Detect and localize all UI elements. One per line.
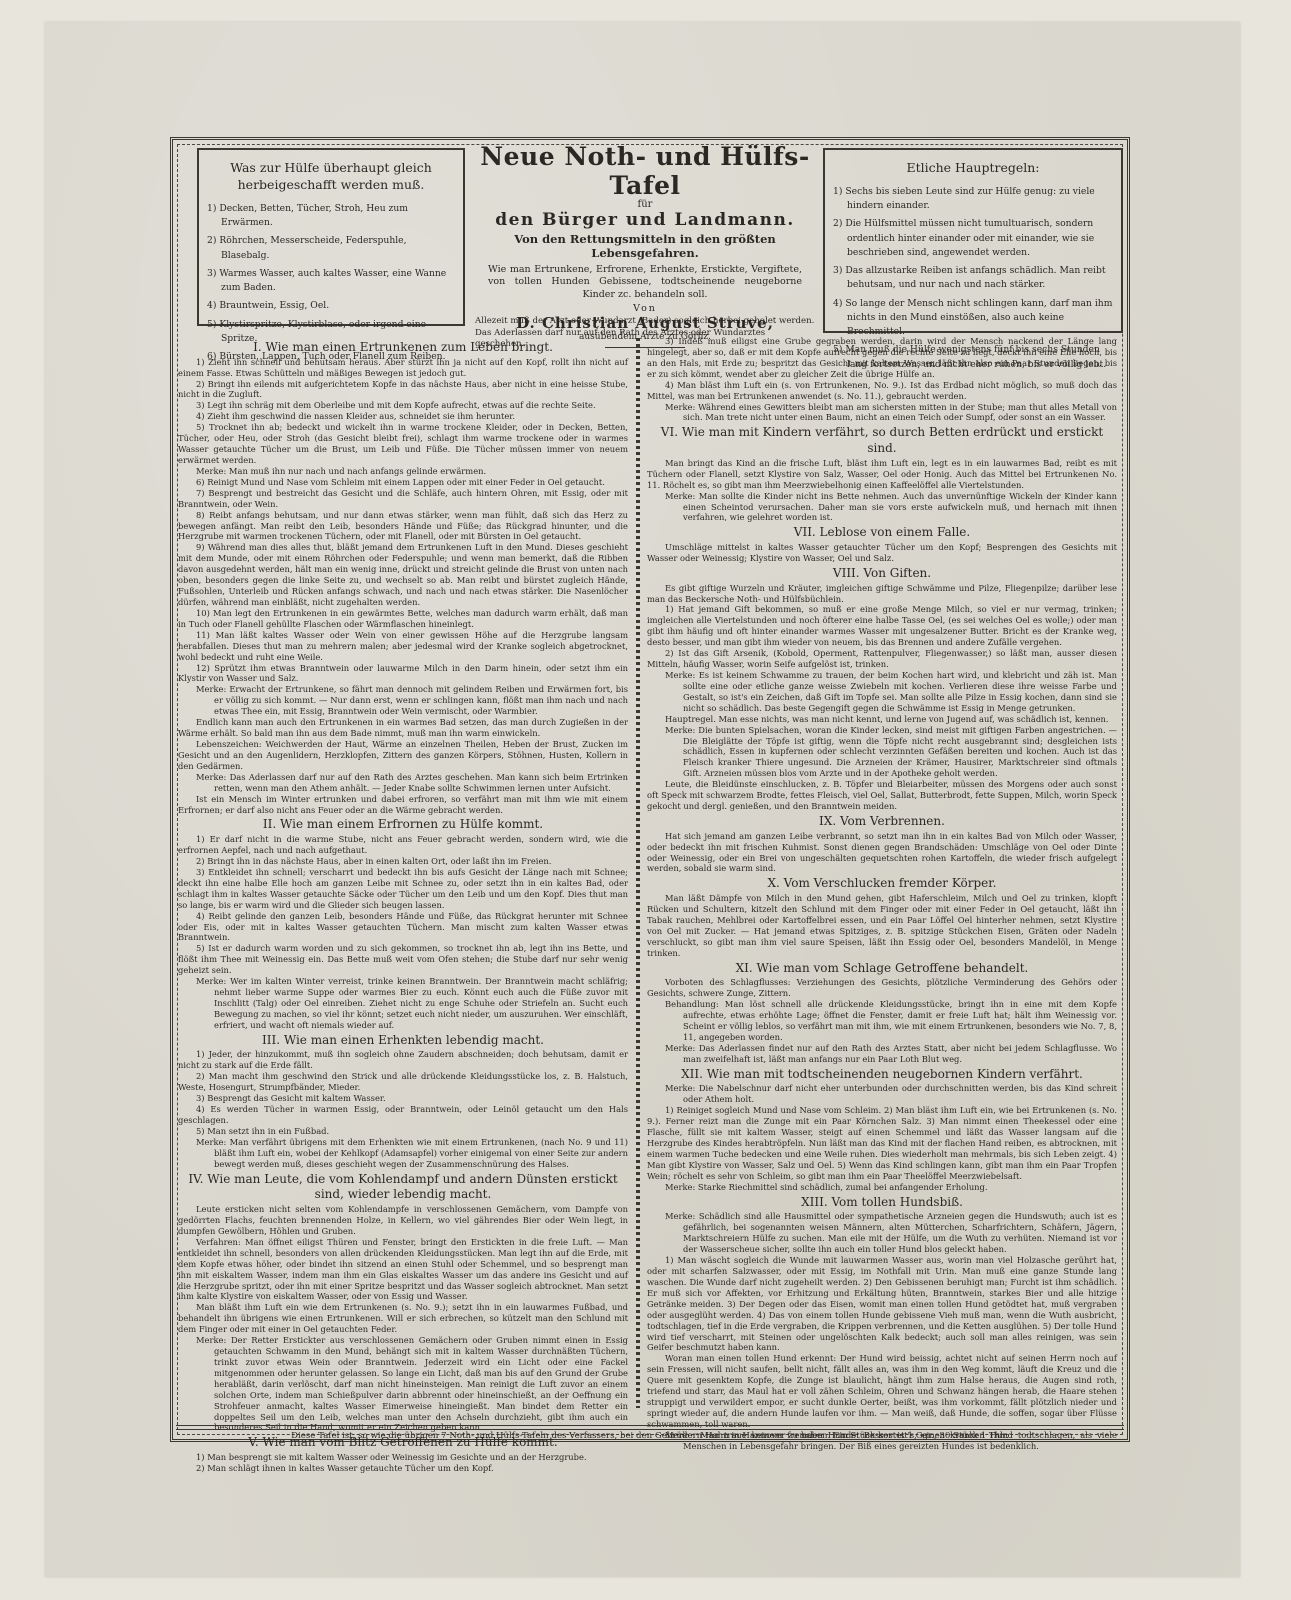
- paragraph: Ist ein Mensch im Winter ertrunken und d…: [178, 794, 628, 816]
- note-paragraph: Merke: Die bunten Spielsachen, woran die…: [647, 725, 1117, 780]
- list-item: 4) So lange der Mensch nicht schlingen k…: [833, 297, 1113, 340]
- right-column: 3) Indeß muß eiligst eine Grube gegraben…: [647, 336, 1117, 1452]
- section-heading: VIII. Von Giften.: [647, 566, 1117, 582]
- paragraph: 2) Ist das Gift Arsenik, (Kobold, Operme…: [647, 648, 1117, 670]
- supplies-title: Was zur Hülfe überhaupt gleich herbeiges…: [207, 160, 455, 194]
- section-heading: XI. Wie man vom Schlage Getroffene behan…: [647, 961, 1117, 977]
- note-paragraph: Merke: Erwacht der Ertrunkene, so fährt …: [178, 684, 628, 717]
- section-heading: II. Wie man einem Erfrornen zu Hülfe kom…: [178, 817, 628, 833]
- paragraph: 4) Zieht ihm geschwind die nassen Kleide…: [178, 411, 628, 422]
- paragraph: Endlich kann man auch den Ertrunkenen in…: [178, 717, 628, 739]
- section-heading: XII. Wie man mit todtscheinenden neugebo…: [647, 1067, 1117, 1083]
- paragraph: 1) Er darf nicht in die warme Stube, nic…: [178, 834, 628, 856]
- note-paragraph: Merke: Man verfährt übrigens mit dem Erh…: [178, 1137, 628, 1170]
- scope-text: Wie man Ertrunkene, Erfrorene, Erhenkte,…: [488, 264, 802, 301]
- section-heading: VII. Leblose von einem Falle.: [647, 525, 1117, 541]
- paragraph: Verfahren: Man öffnet eiligst Thüren und…: [178, 1237, 628, 1303]
- paragraph: 12) Sprützt ihm etwas Branntwein oder la…: [178, 663, 628, 685]
- paragraph: 5) Ist er dadurch warm worden und zu sic…: [178, 943, 628, 976]
- paragraph: Man läßt Dämpfe von Milch in den Mund ge…: [647, 893, 1117, 959]
- paragraph: 8) Reibt anfangs behutsam, und nur dann …: [178, 510, 628, 543]
- list-item: 2) Röhrchen, Messerscheide, Federspuhle,…: [207, 234, 455, 263]
- paragraph: 5) Trocknet ihn ab; bedeckt und wickelt …: [178, 422, 628, 466]
- paragraph: Umschläge mittelst in kaltes Wasser geta…: [647, 542, 1117, 564]
- main-rules-title: Etliche Hauptregeln:: [833, 160, 1113, 177]
- paragraph: 4) Es werden Tücher in warmen Essig, ode…: [178, 1104, 628, 1126]
- note-paragraph: Merke: Der Retter Erstickter aus verschl…: [178, 1335, 628, 1433]
- section-heading: X. Vom Verschlucken fremder Körper.: [647, 876, 1117, 892]
- paragraph: 2) Man macht ihm geschwind den Strick un…: [178, 1071, 628, 1093]
- paragraph: Leute ersticken nicht selten vom Kohlend…: [178, 1204, 628, 1237]
- list-item: 2) Die Hülfsmittel müssen nicht tumultua…: [833, 217, 1113, 260]
- section-heading: VI. Wie man mit Kindern verfährt, so dur…: [647, 425, 1117, 456]
- paragraph: 10) Man legt den Ertrunkenen in ein gewä…: [178, 608, 628, 630]
- section-heading: I. Wie man einen Ertrunkenen zum Leben b…: [178, 340, 628, 356]
- note-paragraph: Merke: Man sollte die Kinder nicht ins B…: [647, 491, 1117, 524]
- paragraph: 3) Legt ihn schräg mit dem Oberleibe und…: [178, 400, 628, 411]
- paragraph: Man bringt das Kind an die frische Luft,…: [647, 458, 1117, 491]
- list-item: 1) Decken, Betten, Tücher, Stroh, Heu zu…: [207, 202, 455, 231]
- column-divider: [636, 338, 640, 1408]
- paragraph: Hauptregel. Man esse nichts, was man nic…: [647, 714, 1117, 725]
- note-paragraph: Merke: Starke Riechmittel sind schädlich…: [647, 1182, 1117, 1193]
- subtitle: den Bürger und Landmann.: [470, 210, 820, 230]
- paragraph: 1) Zieht ihn schnell und behutsam heraus…: [178, 357, 628, 379]
- paragraph: 1) Reiniget sogleich Mund und Nase vom S…: [647, 1105, 1117, 1181]
- paragraph: 1) Man besprengt sie mit kaltem Wasser o…: [178, 1452, 628, 1463]
- section-heading: XIII. Vom tollen Hundsbiß.: [647, 1195, 1117, 1211]
- note-paragraph: Merke: Das Aderlassen darf nur auf den R…: [178, 772, 628, 794]
- paragraph: 1) Hat jemand Gift bekommen, so muß er e…: [647, 604, 1117, 648]
- paragraph: 2) Bringt ihn in das nächste Haus, aber …: [178, 856, 628, 867]
- paragraph: 1) Man wäscht sogleich die Wunde mit lau…: [647, 1255, 1117, 1353]
- paragraph: 4) Man bläst ihm Luft ein (s. von Ertrun…: [647, 380, 1117, 402]
- note-paragraph: Merke: Die Nabelschnur darf nicht eher u…: [647, 1083, 1117, 1105]
- note-paragraph: Merke: Wer im kalten Winter verreist, tr…: [178, 976, 628, 1031]
- left-column: I. Wie man einen Ertrunkenen zum Leben b…: [178, 338, 628, 1474]
- paragraph: Lebenszeichen: Weichwerden der Haut, Wär…: [178, 739, 628, 772]
- bottom-rule: [176, 1425, 1124, 1430]
- main-rules-box: Etliche Hauptregeln: 1) Sechs bis sieben…: [823, 148, 1123, 333]
- description: Von den Rettungsmitteln in den größten L…: [470, 232, 820, 260]
- paragraph: Hat sich jemand am ganzen Leibe verbrann…: [647, 831, 1117, 875]
- publisher-footer: Diese Tafel ist, so wie die übrigen 7 No…: [176, 1431, 1124, 1441]
- note-paragraph: Merke: Schädlich sind alle Hausmittel od…: [647, 1211, 1117, 1255]
- paragraph: 9) Während man dies alles thut, bläßt je…: [178, 542, 628, 608]
- paragraph: Es gibt giftige Wurzeln und Kräuter, img…: [647, 583, 1117, 605]
- paragraph: 1) Jeder, der hinzukommt, muß ihn soglei…: [178, 1049, 628, 1071]
- list-item: 1) Sechs bis sieben Leute sind zur Hülfe…: [833, 185, 1113, 214]
- note-paragraph: Merke: Es ist keinem Schwamme zu trauen,…: [647, 670, 1117, 714]
- note-paragraph: Merke: Man muß ihn nur nach und nach anf…: [178, 466, 628, 477]
- paragraph: 4) Reibt gelinde den ganzen Leib, besond…: [178, 911, 628, 944]
- paragraph: 2) Man schlägt ihnen in kaltes Wasser ge…: [178, 1463, 628, 1474]
- paragraph: Man bläßt ihm Luft ein wie dem Ertrunken…: [178, 1302, 628, 1335]
- paragraph: 3) Besprengt das Gesicht mit kaltem Wass…: [178, 1093, 628, 1104]
- paragraph: 11) Man läßt kaltes Wasser oder Wein von…: [178, 630, 628, 663]
- title-fur: für: [470, 200, 820, 210]
- section-heading: IV. Wie man Leute, die vom Kohlendampf u…: [178, 1172, 628, 1203]
- page-title: Neue Noth- und Hülfs-Tafel: [470, 142, 820, 200]
- supplies-box: Was zur Hülfe überhaupt gleich herbeiges…: [197, 148, 465, 326]
- note-line: Allezeit muß der Arzt oder Wundarzt (Bad…: [475, 316, 815, 328]
- by-label: Von: [470, 303, 820, 314]
- section-heading: III. Wie man einen Erhenkten lebendig ma…: [178, 1033, 628, 1049]
- paragraph: 2) Bringt ihn eilends mit aufgerichtetem…: [178, 379, 628, 401]
- list-item: 3) Das allzustarke Reiben ist anfangs sc…: [833, 264, 1113, 293]
- note-paragraph: Merke: Das Aderlassen findet nur auf den…: [647, 1043, 1117, 1065]
- paragraph: Leute, die Bleidünste einschlucken, z. B…: [647, 779, 1117, 812]
- list-item: 4) Brauntwein, Essig, Oel.: [207, 299, 455, 313]
- list-item: 3) Warmes Wasser, auch kaltes Wasser, ei…: [207, 267, 455, 296]
- note-paragraph: Behandlung: Man löst schnell alle drücke…: [647, 999, 1117, 1043]
- paragraph: 5) Man setzt ihn in ein Fußbad.: [178, 1126, 628, 1137]
- paragraph: 7) Besprengt und bestreicht das Gesicht …: [178, 488, 628, 510]
- section-heading: IX. Vom Verbrennen.: [647, 814, 1117, 830]
- note-paragraph: Merke: Während eines Gewitters bleibt ma…: [647, 402, 1117, 424]
- paragraph: 6) Reinigt Mund und Nase vom Schleim mit…: [178, 477, 628, 488]
- paragraph: 3) Entkleidet ihn schnell; verscharrt un…: [178, 867, 628, 911]
- paragraph: Woran man einen tollen Hund erkennt: Der…: [647, 1353, 1117, 1429]
- paragraph: 3) Indeß muß eiligst eine Grube gegraben…: [647, 336, 1117, 380]
- paragraph: Vorboten des Schlagflusses: Verziehungen…: [647, 977, 1117, 999]
